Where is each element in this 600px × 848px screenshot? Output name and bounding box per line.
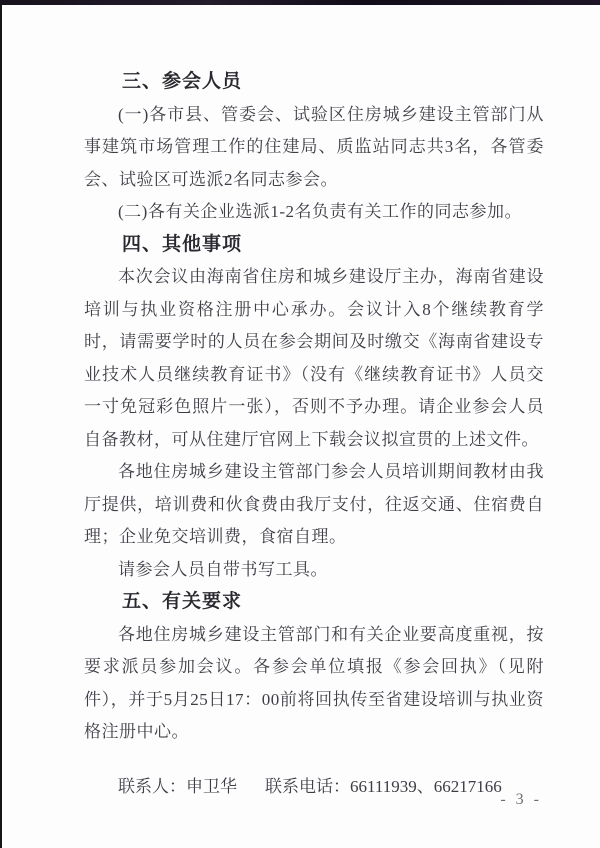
document-page: 三、参会人员 (一)各市县、管委会、试验区住房城乡建设主管部门从事建筑市场管理工… <box>0 0 600 848</box>
paragraph-other-matters-2: 各地住房城乡建设主管部门参会人员培训期间教材由我厅提供，培训费和伙食费由我厅支付… <box>84 456 544 554</box>
paragraph-participants-2: (二)各有关企业选派1-2名负责有关工作的同志参加。 <box>84 196 544 229</box>
document-content: 三、参会人员 (一)各市县、管委会、试验区住房城乡建设主管部门从事建筑市场管理工… <box>84 0 544 803</box>
contact-person: 联系人：申卫华 <box>118 777 237 796</box>
paragraph-other-matters-3: 请参会人员自带书写工具。 <box>84 554 544 587</box>
section-heading-requirements: 五、有关要求 <box>84 586 544 619</box>
contact-phone: 联系电话：66111939、66217166 <box>265 777 502 796</box>
contact-line: 联系人：申卫华联系电话：66111939、66217166 <box>84 771 544 804</box>
section-heading-participants: 三、参会人员 <box>84 66 544 99</box>
scan-top-edge <box>0 0 600 5</box>
paragraph-other-matters-1: 本次会议由海南省住房和城乡建设厅主办，海南省建设培训与执业资格注册中心承办。会议… <box>84 261 544 456</box>
paragraph-requirements-1: 各地住房城乡建设主管部门和有关企业要高度重视，按要求派员参加会议。各参会单位填报… <box>84 619 544 749</box>
scan-left-edge <box>0 0 2 848</box>
page-number: - 3 - <box>500 791 542 809</box>
paragraph-participants-1: (一)各市县、管委会、试验区住房城乡建设主管部门从事建筑市场管理工作的住建局、质… <box>84 99 544 197</box>
section-heading-other-matters: 四、其他事项 <box>84 229 544 262</box>
